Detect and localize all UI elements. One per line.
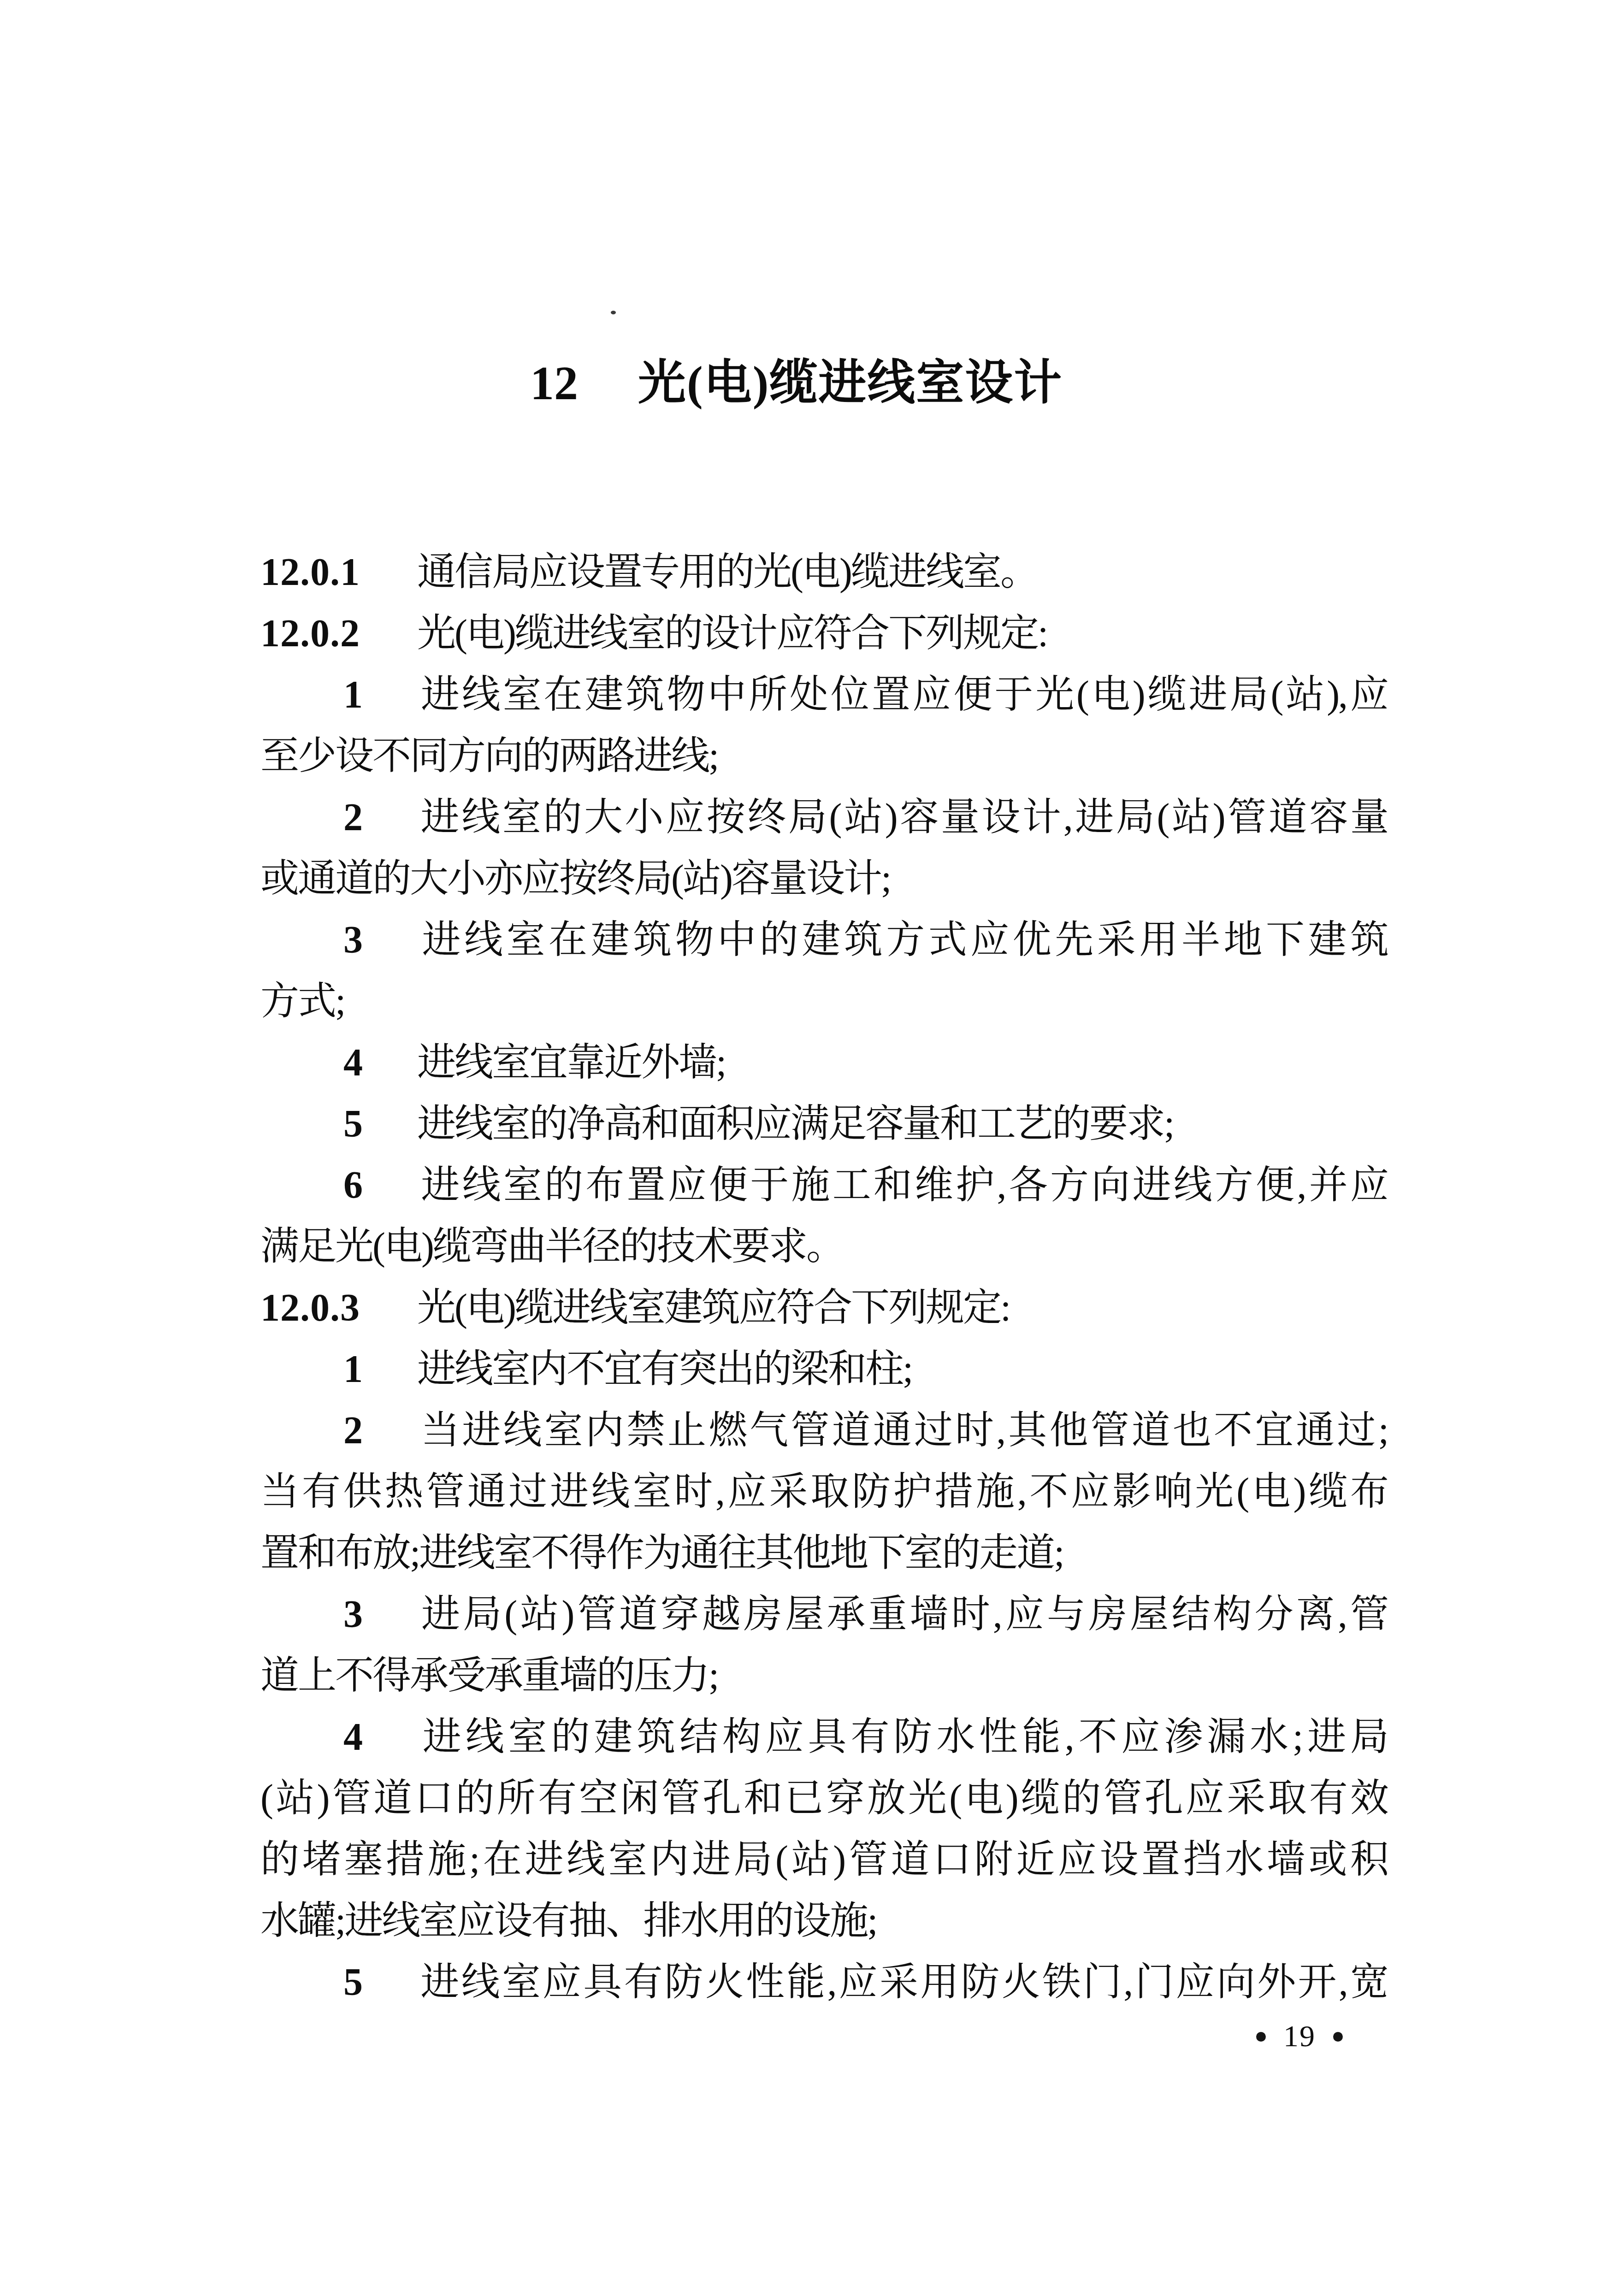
page-footer: 19 [1256, 2015, 1343, 2058]
item-line: 4进线室的建筑结构应具有防水性能,不应渗漏水;进局 [260, 1706, 1388, 1768]
item-number: 1 [343, 664, 417, 726]
line-text: 进线室的大小应按终局(站)容量设计,进局(站)管道容量 [417, 796, 1388, 839]
line-text: 进线室宜靠近外墙; [417, 1041, 725, 1084]
scan-speck [611, 311, 616, 314]
continuation-line: 至少设不同方向的两路进线; [260, 726, 1388, 787]
item-line: 5进线室应具有防火性能,应采用防火铁门,门应向外开,宽 [260, 1952, 1388, 2013]
page-number: 19 [1283, 2015, 1316, 2058]
item-line: 1进线室内不宜有突出的梁和柱; [260, 1339, 1388, 1400]
line-text: 方式; [260, 980, 344, 1023]
line-text: 满足光(电)缆弯曲半径的技术要求。 [260, 1225, 844, 1268]
continuation-line: 道上不得承受承重墙的压力; [260, 1645, 1388, 1706]
line-text: 光(电)缆进线室的设计应符合下列规定: [417, 612, 1047, 655]
line-text: 水罐;进线室应设有抽、排水用的设施; [260, 1900, 877, 1943]
line-text: 当有供热管通过进线室时,应采取防护措施,不应影响光(电)缆布 [260, 1470, 1388, 1513]
clause-number: 12.0.2 [260, 603, 417, 664]
footer-right-dot-icon [1333, 2032, 1343, 2042]
item-number: 4 [343, 1032, 417, 1093]
item-line: 2当进线室内禁止燃气管道通过时,其他管道也不宜通过; [260, 1400, 1388, 1461]
line-text: 道上不得承受承重墙的压力; [260, 1654, 718, 1697]
item-number: 3 [343, 909, 417, 971]
item-number: 4 [343, 1706, 417, 1768]
continuation-line: (站)管道口的所有空闲管孔和已穿放光(电)缆的管孔应采取有效 [260, 1768, 1388, 1829]
clause-number: 12.0.1 [260, 542, 417, 603]
continuation-line: 的堵塞措施;在进线室内进局(站)管道口附近应设置挡水墙或积 [260, 1829, 1388, 1890]
item-number: 2 [343, 1400, 417, 1461]
line-text: 或通道的大小亦应按终局(站)容量设计; [260, 857, 890, 900]
chapter-number: 12 [530, 351, 578, 416]
item-line: 5进线室的净高和面积应满足容量和工艺的要求; [260, 1093, 1388, 1155]
item-number: 5 [343, 1093, 417, 1155]
chapter-title: 12光(电)缆进线室设计 [530, 351, 1063, 416]
item-number: 3 [343, 1584, 417, 1645]
footer-left-dot-icon [1256, 2032, 1266, 2042]
clause-line: 12.0.1通信局应设置专用的光(电)缆进线室。 [260, 542, 1388, 603]
line-text: 进线室在建筑物中所处位置应便于光(电)缆进局(站),应 [417, 673, 1388, 716]
item-number: 5 [343, 1952, 417, 2013]
item-line: 3进线室在建筑物中的建筑方式应优先采用半地下建筑 [260, 909, 1388, 971]
line-text: 当进线室内禁止燃气管道通过时,其他管道也不宜通过; [417, 1409, 1388, 1452]
line-text: (站)管道口的所有空闲管孔和已穿放光(电)缆的管孔应采取有效 [260, 1777, 1388, 1820]
clause-line: 12.0.3光(电)缆进线室建筑应符合下列规定: [260, 1277, 1388, 1339]
continuation-line: 当有供热管通过进线室时,应采取防护措施,不应影响光(电)缆布 [260, 1461, 1388, 1523]
line-text: 光(电)缆进线室建筑应符合下列规定: [417, 1287, 1010, 1329]
line-text: 的堵塞措施;在进线室内进局(站)管道口附近应设置挡水墙或积 [260, 1838, 1388, 1881]
line-text: 进线室在建筑物中的建筑方式应优先采用半地下建筑 [417, 919, 1388, 962]
continuation-line: 置和布放;进线室不得作为通往其他地下室的走道; [260, 1523, 1388, 1584]
document-page: 12光(电)缆进线室设计 12.0.1通信局应设置专用的光(电)缆进线室。12.… [0, 0, 1624, 2291]
line-text: 置和布放;进线室不得作为通往其他地下室的走道; [260, 1532, 1063, 1575]
line-text: 进线室的净高和面积应满足容量和工艺的要求; [417, 1103, 1173, 1145]
continuation-line: 满足光(电)缆弯曲半径的技术要求。 [260, 1216, 1388, 1277]
item-line: 2进线室的大小应按终局(站)容量设计,进局(站)管道容量 [260, 787, 1388, 848]
line-text: 进局(站)管道穿越房屋承重墙时,应与房屋结构分离,管 [417, 1593, 1388, 1636]
chapter-title-text: 光(电)缆进线室设计 [638, 357, 1063, 410]
line-text: 进线室的建筑结构应具有防水性能,不应渗漏水;进局 [417, 1716, 1388, 1759]
item-number: 6 [343, 1155, 417, 1216]
continuation-line: 方式; [260, 971, 1388, 1032]
line-text: 通信局应设置专用的光(电)缆进线室。 [417, 551, 1038, 594]
clause-number: 12.0.3 [260, 1277, 417, 1339]
clause-line: 12.0.2光(电)缆进线室的设计应符合下列规定: [260, 603, 1388, 664]
continuation-line: 水罐;进线室应设有抽、排水用的设施; [260, 1890, 1388, 1952]
line-text: 进线室内不宜有突出的梁和柱; [417, 1348, 912, 1391]
item-line: 1进线室在建筑物中所处位置应便于光(电)缆进局(站),应 [260, 664, 1388, 726]
line-text: 进线室的布置应便于施工和维护,各方向进线方便,并应 [417, 1164, 1388, 1207]
continuation-line: 或通道的大小亦应按终局(站)容量设计; [260, 848, 1388, 909]
item-number: 2 [343, 787, 417, 848]
line-text: 进线室应具有防火性能,应采用防火铁门,门应向外开,宽 [417, 1961, 1388, 2004]
item-line: 3进局(站)管道穿越房屋承重墙时,应与房屋结构分离,管 [260, 1584, 1388, 1645]
item-line: 4进线室宜靠近外墙; [260, 1032, 1388, 1093]
item-number: 1 [343, 1339, 417, 1400]
line-text: 至少设不同方向的两路进线; [260, 735, 718, 778]
item-line: 6进线室的布置应便于施工和维护,各方向进线方便,并应 [260, 1155, 1388, 1216]
